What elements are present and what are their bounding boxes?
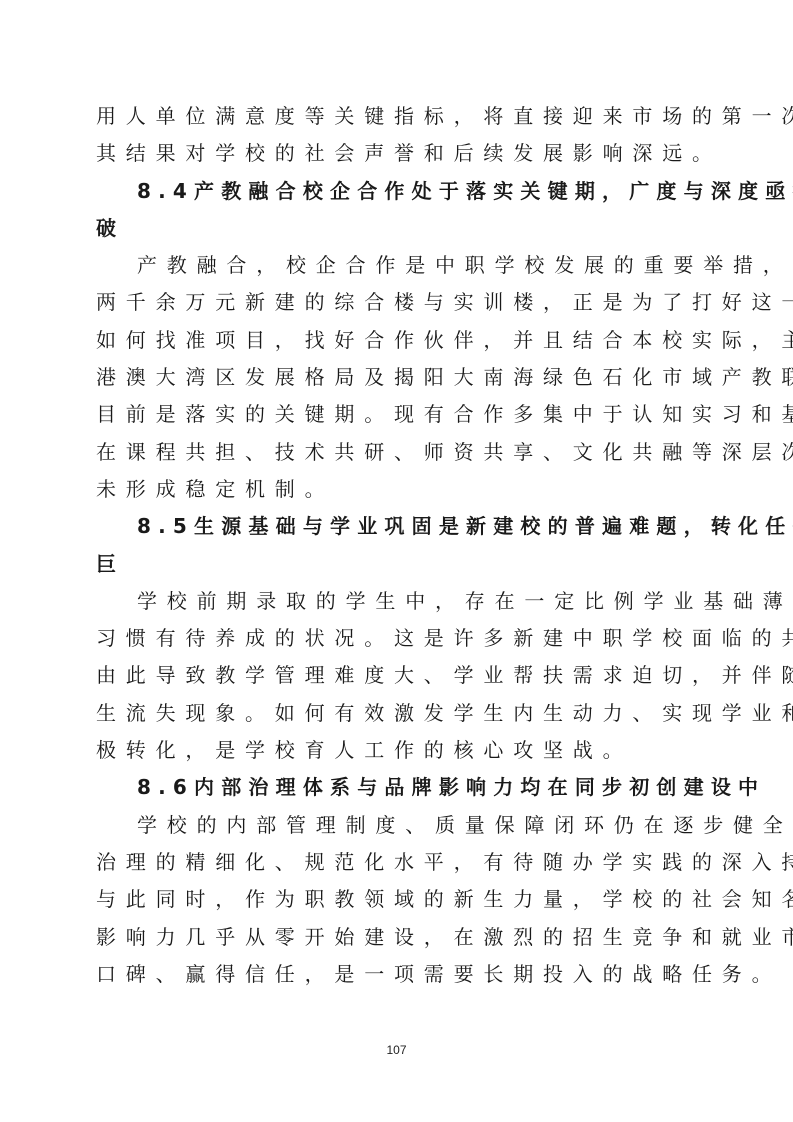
text-line: 港澳大湾区发展格局及揭阳大南海绿色石化市域产教联合体建设，: [96, 359, 700, 396]
heading-line: 巨: [96, 546, 700, 583]
text-line: 产教融合，校企合作是中职学校发展的重要举措，学校投入: [96, 247, 700, 284]
heading-line: 8.5生源基础与学业巩固是新建校的普遍难题，转化任务艰: [96, 508, 700, 545]
text-line: 由此导致教学管理难度大、学业帮扶需求迫切，并伴随一定的学: [96, 657, 700, 694]
text-line: 与此同时，作为职教领域的新生力量，学校的社会知名度与品牌: [96, 881, 700, 918]
page-body: 用人单位满意度等关键指标，将直接迎来市场的第一次严格检验， 其结果对学校的社会声…: [96, 98, 700, 993]
text-line: 如何找准项目，找好合作伙伴，并且结合本校实际，主动融入粤: [96, 322, 700, 359]
text-line: 未形成稳定机制。: [96, 471, 700, 508]
text-line: 极转化，是学校育人工作的核心攻坚战。: [96, 732, 700, 769]
text-line: 学校的内部管理制度、质量保障闭环仍在逐步健全过程中，: [96, 807, 700, 844]
text-line: 生流失现象。如何有效激发学生内生动力、实现学业和行为的积: [96, 695, 700, 732]
text-line: 治理的精细化、规范化水平，有待随办学实践的深入持续提升。: [96, 844, 700, 881]
page-number: 107: [0, 1043, 793, 1057]
heading-line: 8.4产教融合校企合作处于落实关键期，广度与深度亟待突: [96, 173, 700, 210]
section-heading-8-4: 8.4产教融合校企合作处于落实关键期，广度与深度亟待突 破: [96, 173, 700, 248]
text-line: 影响力几乎从零开始建设，在激烈的招生竞争和就业市场中树立: [96, 919, 700, 956]
section-heading-8-6: 8.6内部治理体系与品牌影响力均在同步初创建设中: [96, 769, 700, 806]
text-line: 在课程共担、技术共研、师资共享、文化共融等深层次合作上尚: [96, 434, 700, 471]
text-line: 两千余万元新建的综合楼与实训楼，正是为了打好这一大仗。但: [96, 284, 700, 321]
section-heading-8-5: 8.5生源基础与学业巩固是新建校的普遍难题，转化任务艰 巨: [96, 508, 700, 583]
text-line: 学校前期录取的学生中，存在一定比例学业基础薄弱、学习: [96, 583, 700, 620]
paragraph-8-5: 学校前期录取的学生中，存在一定比例学业基础薄弱、学习 习惯有待养成的状况。这是许…: [96, 583, 700, 769]
text-line: 习惯有待养成的状况。这是许多新建中职学校面临的共同挑战。: [96, 620, 700, 657]
paragraph-8-4: 产教融合，校企合作是中职学校发展的重要举措，学校投入 两千余万元新建的综合楼与实…: [96, 247, 700, 508]
heading-line: 破: [96, 210, 700, 247]
text-line: 用人单位满意度等关键指标，将直接迎来市场的第一次严格检验，: [96, 98, 700, 135]
text-line: 其结果对学校的社会声誉和后续发展影响深远。: [96, 135, 700, 172]
paragraph-continuation: 用人单位满意度等关键指标，将直接迎来市场的第一次严格检验， 其结果对学校的社会声…: [96, 98, 700, 173]
text-line: 目前是落实的关键期。现有合作多集中于认知实习和基地挂牌，: [96, 396, 700, 433]
text-line: 口碑、赢得信任，是一项需要长期投入的战略任务。: [96, 956, 700, 993]
heading-line: 8.6内部治理体系与品牌影响力均在同步初创建设中: [96, 769, 700, 806]
paragraph-8-6: 学校的内部管理制度、质量保障闭环仍在逐步健全过程中， 治理的精细化、规范化水平，…: [96, 807, 700, 993]
